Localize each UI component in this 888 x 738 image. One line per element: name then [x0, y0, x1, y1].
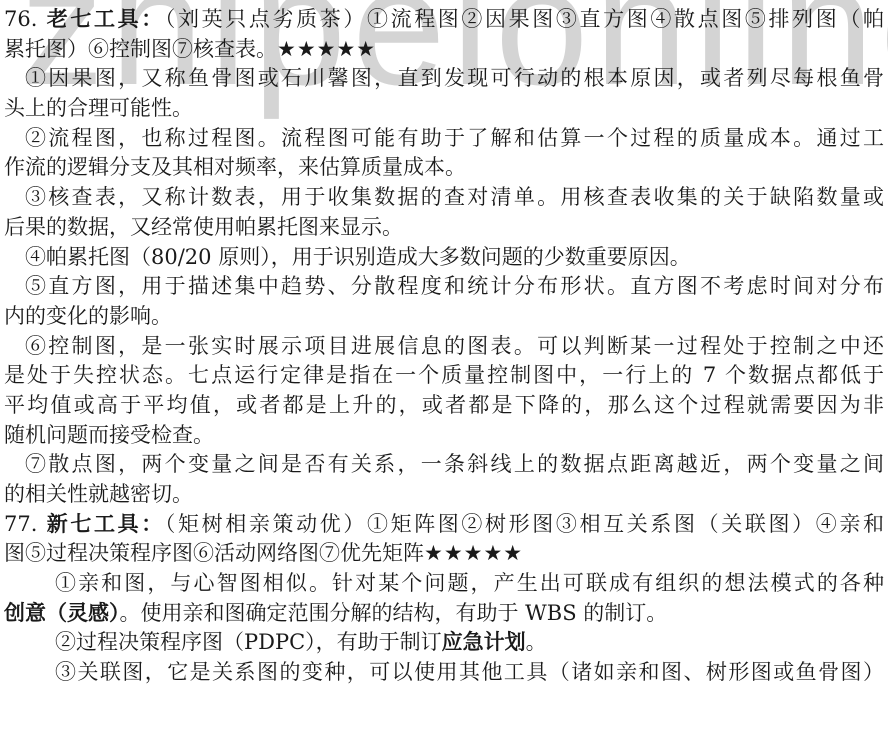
rating-stars: ★★★★★: [424, 541, 523, 565]
list-item-line: 后果的数据，又经常使用帕累托图来显示。: [4, 213, 884, 243]
section-77-heading-cont: 图⑤过程决策程序图⑥活动网络图⑦优先矩阵★★★★★: [4, 539, 884, 569]
section-number: 76.: [4, 7, 37, 31]
list-item-line: 头上的合理可能性。: [4, 94, 884, 124]
section-title: 新七工具：: [47, 512, 165, 536]
list-item-text: ②过程决策程序图（PDPC），有助于制订: [55, 630, 442, 654]
list-item-line: 的相关性就越密切。: [4, 480, 884, 510]
list-item-text: 。使用亲和图确定范围分解的结构，有助于 WBS 的制订。: [120, 601, 668, 625]
list-item-line: ①亲和图，与心智图相似。针对某个问题，产生出可联成有组织的想法模式的各种: [4, 569, 884, 599]
list-item-line: 随机问题而接受检查。: [4, 421, 884, 451]
list-item-line: ⑤直方图，用于描述集中趋势、分散程度和统计分布形状。直方图不考虑时间对分布: [4, 272, 884, 302]
list-item-line: ②过程决策程序图（PDPC），有助于制订应急计划。: [4, 628, 884, 658]
list-item-line: ④帕累托图（80/20 原则），用于识别造成大多数问题的少数重要原因。: [4, 243, 884, 273]
section-intro: （刘英只点劣质茶）①流程图②因果图③直方图④散点图⑤排列图（帕: [165, 7, 884, 31]
list-item-line: ⑦散点图，两个变量之间是否有关系，一条斜线上的数据点距离越近，两个变量之间: [4, 450, 884, 480]
section-77-heading: 77. 新七工具：（矩树相亲策动优）①矩阵图②树形图③相互关系图（关联图）④亲和: [4, 510, 884, 540]
list-item-line: ①因果图，又称鱼骨图或石川馨图，直到发现可行动的根本原因，或者列尽每根鱼骨: [4, 64, 884, 94]
list-item-line: 创意（灵感）。使用亲和图确定范围分解的结构，有助于 WBS 的制订。: [4, 599, 884, 629]
section-76-heading: 76. 老七工具：（刘英只点劣质茶）①流程图②因果图③直方图④散点图⑤排列图（帕: [4, 5, 884, 35]
section-intro-cont: 累托图）⑥控制图⑦核查表。: [4, 37, 277, 61]
section-intro: （矩树相亲策动优）①矩阵图②树形图③相互关系图（关联图）④亲和: [165, 512, 884, 536]
list-item-line: 作流的逻辑分支及其相对频率，来估算质量成本。: [4, 153, 884, 183]
section-76-heading-cont: 累托图）⑥控制图⑦核查表。★★★★★: [4, 35, 884, 65]
rating-stars: ★★★★★: [277, 37, 376, 61]
list-item-line: 是处于失控状态。七点运行定律是指在一个质量控制图中，一行上的 7 个数据点都低于: [4, 361, 884, 391]
section-title: 老七工具：: [47, 7, 165, 31]
section-intro-cont: 图⑤过程决策程序图⑥活动网络图⑦优先矩阵: [4, 541, 424, 565]
emphasis-text: 创意（灵感）: [4, 601, 120, 625]
list-item-text: 。: [526, 630, 547, 654]
document-body: 76. 老七工具：（刘英只点劣质茶）①流程图②因果图③直方图④散点图⑤排列图（帕…: [4, 5, 884, 688]
section-number: 77.: [4, 512, 37, 536]
list-item-line: ③关联图，它是关系图的变种，可以使用其他工具（诸如亲和图、树形图或鱼骨图）: [4, 658, 884, 688]
list-item-line: 内的变化的影响。: [4, 302, 884, 332]
list-item-line: ⑥控制图，是一张实时展示项目进展信息的图表。可以判断某一过程处于控制之中还: [4, 332, 884, 362]
list-item-line: 平均值或高于平均值，或者都是上升的，或者都是下降的，那么这个过程就需要因为非: [4, 391, 884, 421]
emphasis-text: 应急计划: [442, 630, 526, 654]
list-item-line: ③核查表，又称计数表，用于收集数据的查对清单。用核查表收集的关于缺陷数量或: [4, 183, 884, 213]
list-item-line: ②流程图，也称过程图。流程图可能有助于了解和估算一个过程的质量成本。通过工: [4, 124, 884, 154]
